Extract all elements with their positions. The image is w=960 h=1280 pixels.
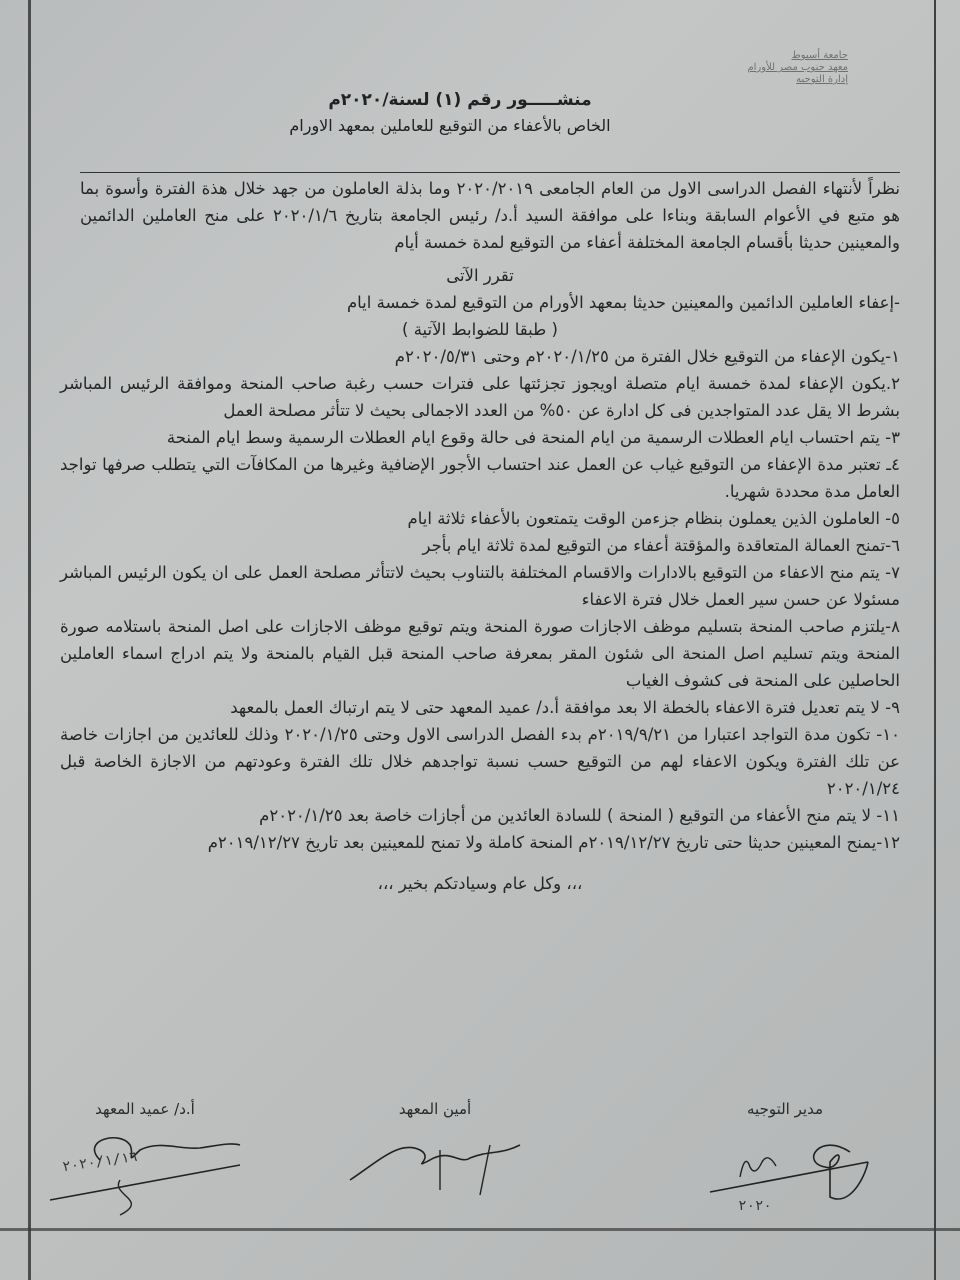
rule-item: ٩- لا يتم تعديل فترة الاعفاء بالخطة الا …: [60, 694, 900, 721]
signature-secretary: أمين المعهد: [340, 1100, 530, 1204]
rule-item: ١٠- تكون مدة التواجد اعتبارا من ٢٠١٩/٩/٢…: [60, 721, 900, 802]
letterhead-line: إدارة التوجيه: [747, 74, 848, 86]
page-bottom-edge: [0, 1228, 960, 1231]
signature-director: مدير التوجيه ٢٠٢٠: [700, 1100, 870, 1214]
signature-title: أمين المعهد: [340, 1100, 530, 1118]
rule-item: ٣- يتم احتساب ايام العطلات الرسمية من اي…: [60, 424, 900, 451]
decision-note: ( طبقا للضوابط الآتية ): [60, 316, 900, 343]
letterhead-line: جامعة أسيوط: [747, 50, 848, 62]
rule-item: ١-يكون الإعفاء من التوقيع خلال الفترة من…: [60, 343, 900, 370]
letterhead: جامعة أسيوط معهد جنوب مصر للأورام إدارة …: [747, 50, 848, 86]
document-page: جامعة أسيوط معهد جنوب مصر للأورام إدارة …: [0, 0, 960, 1280]
intro-paragraph: نظراً لأنتهاء الفصل الدراسى الاول من الع…: [80, 172, 900, 256]
rule-item: ٧- يتم منح الاعفاء من التوقيع بالادارات …: [60, 559, 900, 613]
rule-item: ٥- العاملون الذين يعملون بنظام جزءمن الو…: [60, 505, 900, 532]
document-title: منشـــــور رقم (١) لسنة/٢٠٢٠م: [0, 90, 920, 110]
signature-block: مدير التوجيه ٢٠٢٠ أمين المعهد أ.د/ عميد …: [0, 1100, 960, 1220]
rule-item: ١٢-يمنح المعينين حديثا حتى تاريخ ٢٠١٩/١٢…: [60, 829, 900, 856]
rule-item: ٨-يلتزم صاحب المنحة بتسليم موظف الاجازات…: [60, 613, 900, 694]
signature-title: مدير التوجيه: [700, 1100, 870, 1118]
title-block: منشـــــور رقم (١) لسنة/٢٠٢٠م الخاص بالأ…: [0, 90, 960, 135]
closing-greeting: ،،، وكل عام وسيادتكم بخير ،،،: [60, 870, 900, 897]
decision-statement: -إعفاء العاملين الدائمين والمعينين حديثا…: [60, 289, 900, 316]
decision-heading: تقرر الآتى: [60, 262, 900, 289]
document-subtitle: الخاص بالأعفاء من التوقيع للعاملين بمعهد…: [0, 116, 900, 135]
handwritten-signature-icon: [340, 1120, 530, 1200]
rule-item: ٤ـ تعتبر مدة الإعفاء من التوقيع غياب عن …: [60, 451, 900, 505]
letterhead-line: معهد جنوب مصر للأورام: [747, 62, 848, 74]
rule-item: ١١- لا يتم منح الأعفاء من التوقيع ( المن…: [60, 802, 900, 829]
rule-item: ٢.يكون الإعفاء لمدة خمسة ايام متصلة اويج…: [60, 370, 900, 424]
document-body: نظراً لأنتهاء الفصل الدراسى الاول من الع…: [60, 172, 900, 897]
handwritten-signature-icon: [700, 1122, 870, 1212]
signature-dean: أ.د/ عميد المعهد ٢٠٢٠/١/١٦: [40, 1100, 250, 1170]
rule-item: ٦-تمنح العمالة المتعاقدة والمؤقتة أعفاء …: [60, 532, 900, 559]
signature-title: أ.د/ عميد المعهد: [40, 1100, 250, 1118]
